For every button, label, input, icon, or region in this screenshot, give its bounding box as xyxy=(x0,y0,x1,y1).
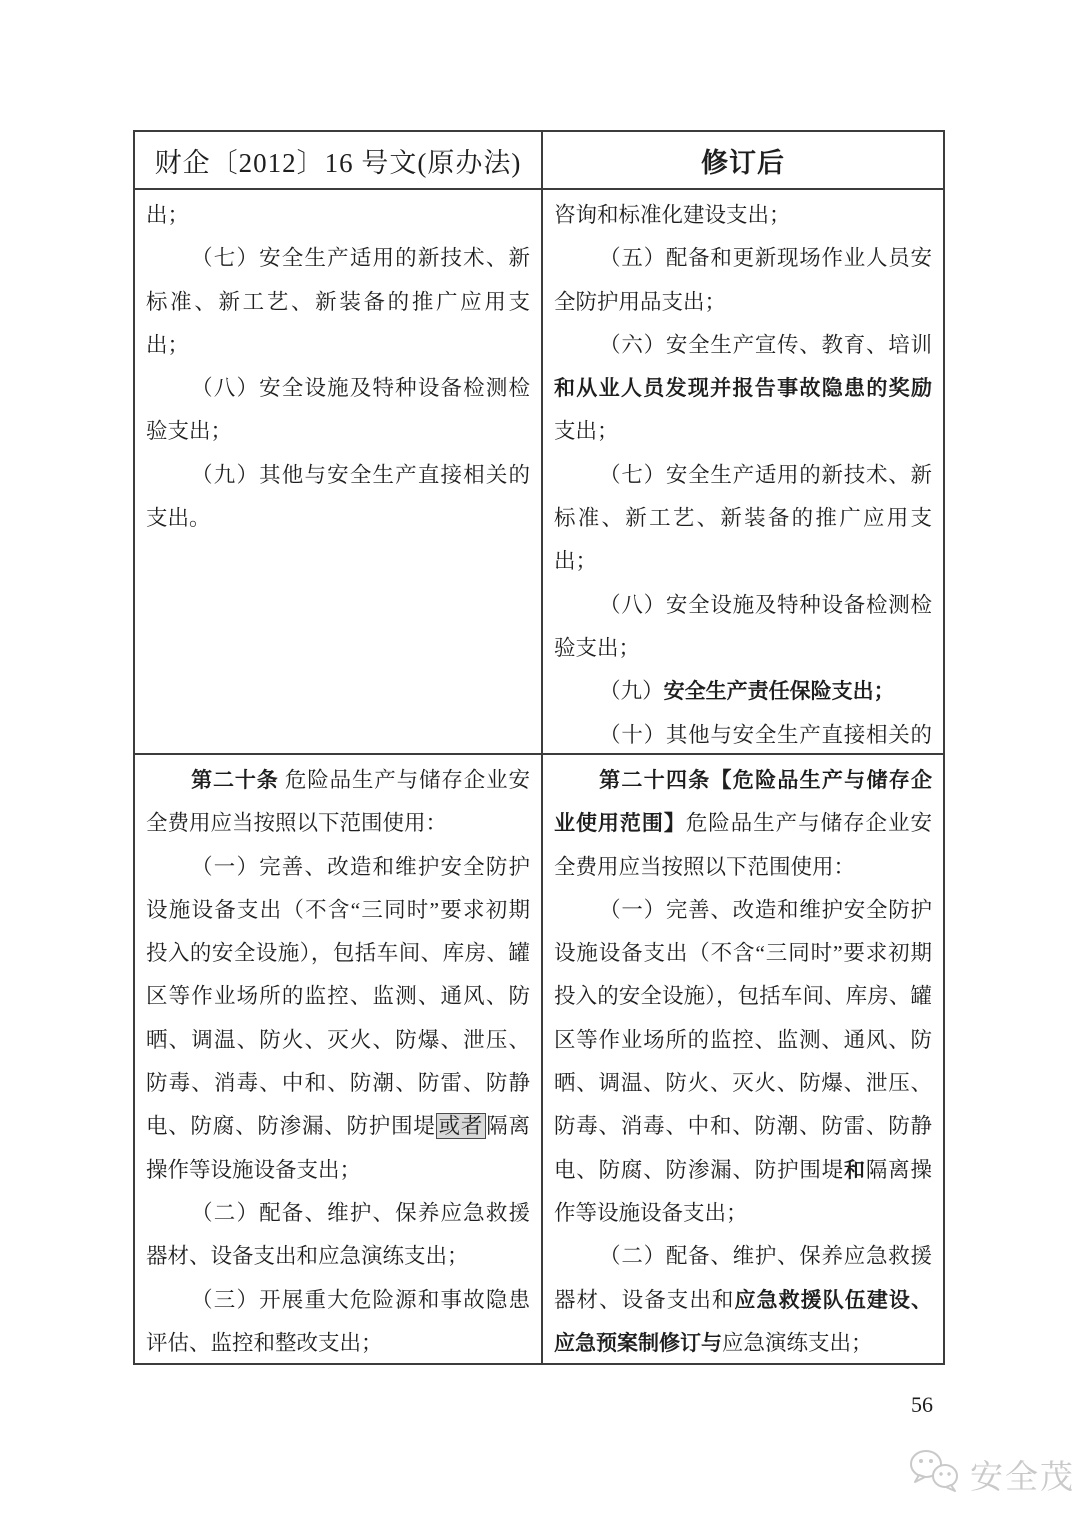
header-original-regulation: 财企〔2012〕16 号文(原办法) xyxy=(135,132,543,188)
comparison-table: 财企〔2012〕16 号文(原办法) 修订后 出；（七）安全生产适用的新技术、新… xyxy=(133,130,945,1365)
table-header-row: 财企〔2012〕16 号文(原办法) 修订后 xyxy=(135,132,943,190)
revised-cell-row1: 咨询和标准化建设支出；（五）配备和更新现场作业人员安全防护用品支出；（六）安全生… xyxy=(543,190,943,753)
body-text: （六）安全生产宣传、教育、培训 xyxy=(599,333,932,357)
body-text: （八）安全设施及特种设备检测检验支出； xyxy=(146,376,530,443)
body-text: （一）完善、改造和维护安全防护设施设备支出（不含“三同时”要求初期投入的安全设施… xyxy=(146,855,530,1139)
page-number: 56 xyxy=(911,1392,933,1418)
body-text: （八）安全设施及特种设备检测检验支出； xyxy=(554,593,932,660)
body-text: （九）其他与安全生产直接相关的支出。 xyxy=(146,463,530,530)
bold-change-text: 第二十条 xyxy=(191,769,278,792)
original-cell-row1: 出；（七）安全生产适用的新技术、新标准、新工艺、新装备的推广应用支出；（八）安全… xyxy=(135,190,543,753)
body-text: 支出； xyxy=(554,419,619,443)
boxed-change-text: 或者 xyxy=(436,1113,487,1139)
body-text: （一）完善、改造和维护安全防护设施设备支出（不含“三同时”要求初期投入的安全设施… xyxy=(554,898,932,1182)
revised-cell-row2: 第二十四条【危险品生产与储存企业使用范围】危险品生产与储存企业安全费用应当按照以… xyxy=(543,755,943,1363)
bold-change-text: 和 xyxy=(844,1159,866,1182)
body-text: （九） xyxy=(599,679,664,703)
wechat-icon xyxy=(908,1449,962,1500)
body-text: （七）安全生产适用的新技术、新标准、新工艺、新装备的推广应用支出； xyxy=(554,463,932,574)
body-text: 出； xyxy=(146,203,189,227)
watermark-text: 安全茂 xyxy=(970,1451,1075,1498)
header-revised: 修订后 xyxy=(543,132,943,188)
table-row: 第二十条 危险品生产与储存企业安全费用应当按照以下范围使用：（一）完善、改造和维… xyxy=(135,755,943,1363)
body-text: （七）安全生产适用的新技术、新标准、新工艺、新装备的推广应用支出； xyxy=(146,246,530,357)
body-text: （三）开展重大危险源和事故隐患评估、监控和整改支出； xyxy=(146,1288,530,1355)
body-text: （五）配备和更新现场作业人员安全防护用品支出； xyxy=(554,246,932,313)
body-text: （十）其他与安全生产直接相关的支出。 xyxy=(554,723,932,753)
table-row: 出；（七）安全生产适用的新技术、新标准、新工艺、新装备的推广应用支出；（八）安全… xyxy=(135,190,943,755)
document-page: 财企〔2012〕16 号文(原办法) 修订后 出；（七）安全生产适用的新技术、新… xyxy=(0,0,1080,1527)
bold-change-text: 和从业人员发现并报告事故隐患的奖励 xyxy=(554,377,932,400)
original-cell-row2: 第二十条 危险品生产与储存企业安全费用应当按照以下范围使用：（一）完善、改造和维… xyxy=(135,755,543,1363)
body-text: 咨询和标准化建设支出； xyxy=(554,203,791,227)
body-text: （二）配备、维护、保养应急救援器材、设备支出和应急演练支出； xyxy=(146,1201,530,1268)
watermark: 安全茂 xyxy=(908,1449,1075,1500)
body-text: 应急演练支出； xyxy=(722,1331,873,1355)
bold-change-text: 安全生产责任保险支出； xyxy=(664,680,895,703)
